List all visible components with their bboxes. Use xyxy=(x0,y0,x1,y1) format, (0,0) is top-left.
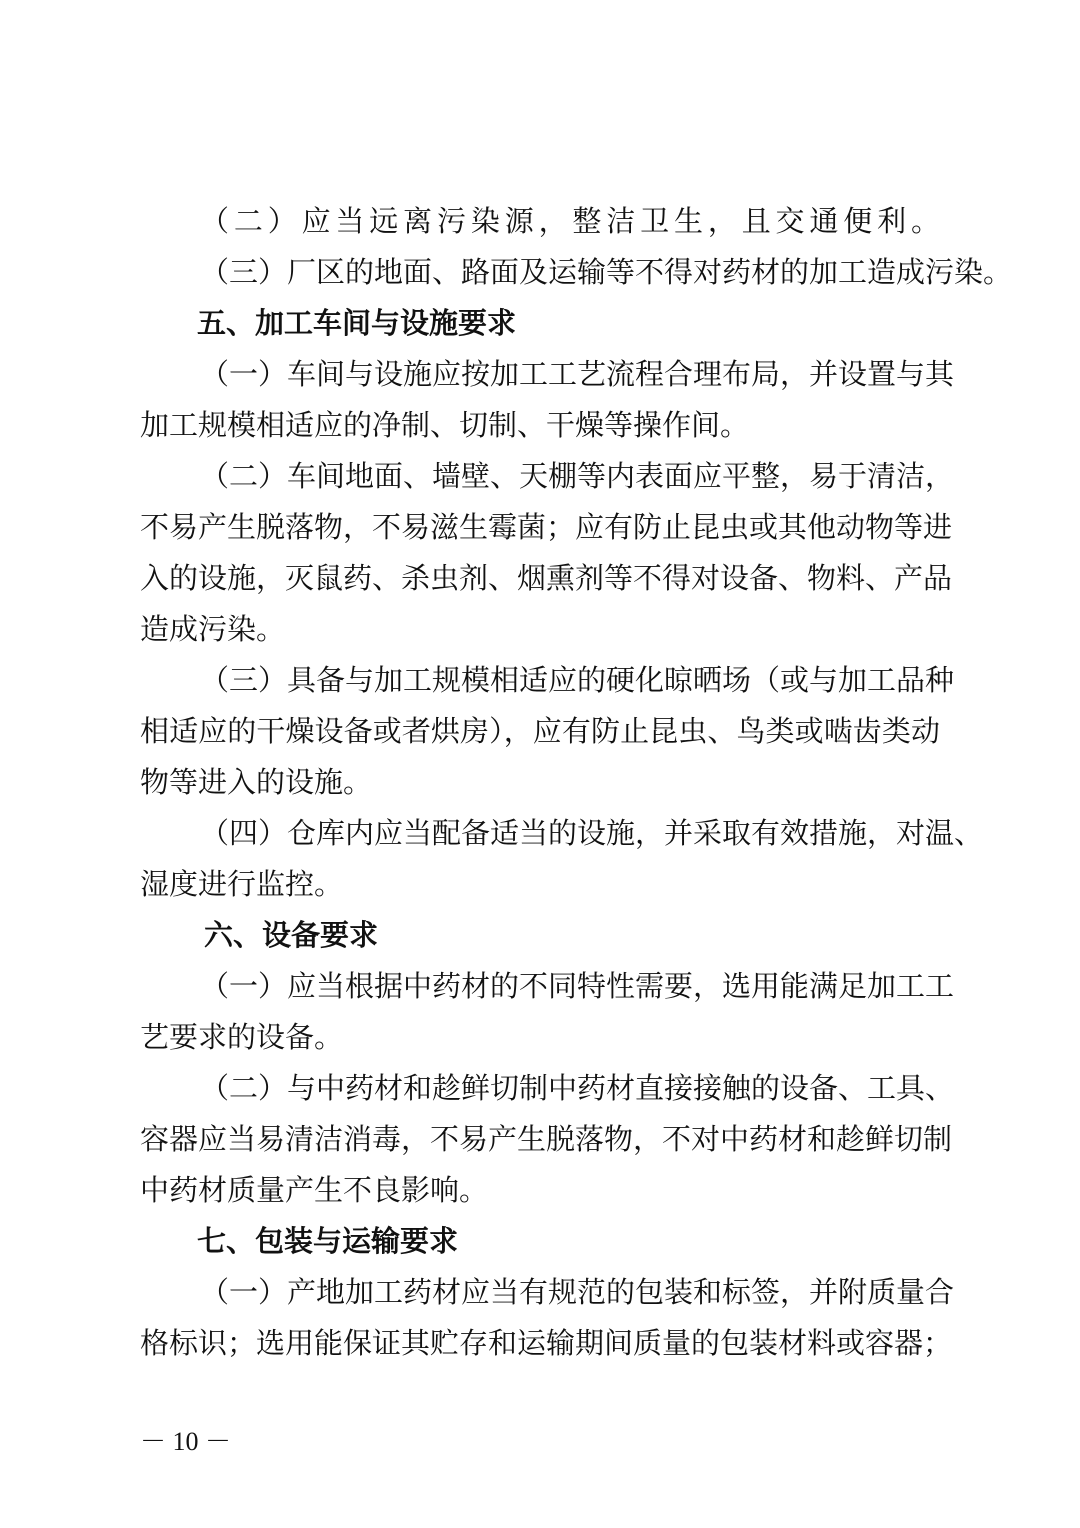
paragraph-line: 湿度进行监控。 xyxy=(140,859,940,909)
paragraph-line: 物等进入的设施。 xyxy=(140,757,940,807)
paragraph-line: （三）具备与加工规模相适应的硬化晾晒场（或与加工品种 xyxy=(200,655,940,705)
page-number: － 10 － xyxy=(140,1424,231,1460)
paragraph-line: 不易产生脱落物，不易滋生霉菌；应有防止昆虫或其他动物等进 xyxy=(140,502,940,552)
paragraph-line: （一）车间与设施应按加工工艺流程合理布局，并设置与其 xyxy=(200,349,940,399)
paragraph-line: 造成污染。 xyxy=(140,604,940,654)
paragraph-line: 加工规模相适应的净制、切制、干燥等操作间。 xyxy=(140,400,940,450)
paragraph-line: （二）应当远离污染源，整洁卫生，且交通便利。 xyxy=(200,196,940,246)
section-heading: 六、设备要求 xyxy=(204,910,378,960)
paragraph-line: （一）产地加工药材应当有规范的包装和标签，并附质量合 xyxy=(200,1267,940,1317)
paragraph-line: （四）仓库内应当配备适当的设施，并采取有效措施，对温、 xyxy=(200,808,940,858)
paragraph-line: 中药材质量产生不良影响。 xyxy=(140,1165,940,1215)
paragraph-line: （一）应当根据中药材的不同特性需要，选用能满足加工工 xyxy=(200,961,940,1011)
document-page: （二）应当远离污染源，整洁卫生，且交通便利。 （三）厂区的地面、路面及运输等不得… xyxy=(0,0,1080,1528)
paragraph-line: （二）车间地面、墙壁、天棚等内表面应平整，易于清洁， xyxy=(200,451,940,501)
paragraph-line: （三）厂区的地面、路面及运输等不得对药材的加工造成污染。 xyxy=(200,247,945,297)
paragraph-line: 入的设施，灭鼠药、杀虫剂、烟熏剂等不得对设备、物料、产品 xyxy=(140,553,940,603)
paragraph-line: （二）与中药材和趁鲜切制中药材直接接触的设备、工具、 xyxy=(200,1063,940,1113)
paragraph-line: 艺要求的设备。 xyxy=(140,1012,940,1062)
paragraph-line: 格标识；选用能保证其贮存和运输期间质量的包装材料或容器； xyxy=(140,1318,940,1368)
paragraph-line: 容器应当易清洁消毒，不易产生脱落物，不对中药材和趁鲜切制 xyxy=(140,1114,940,1164)
section-heading: 五、加工车间与设施要求 xyxy=(197,298,516,348)
paragraph-line: 相适应的干燥设备或者烘房），应有防止昆虫、鸟类或啮齿类动 xyxy=(140,706,940,756)
section-heading: 七、包装与运输要求 xyxy=(197,1216,458,1266)
